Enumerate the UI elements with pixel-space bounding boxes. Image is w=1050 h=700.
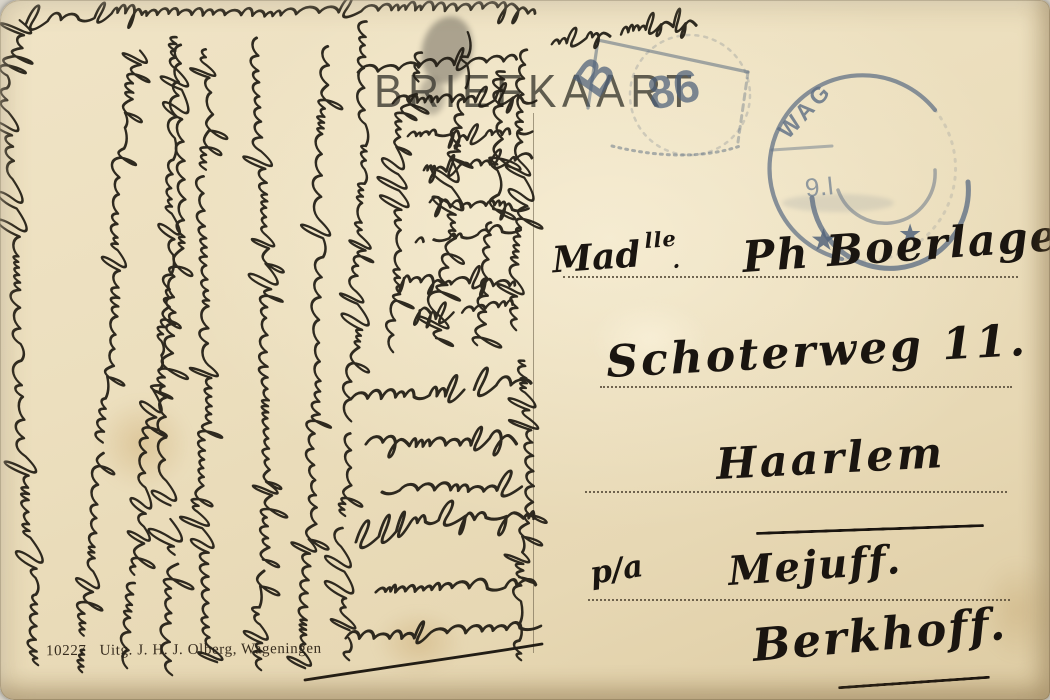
scrawl-stroke — [501, 355, 550, 668]
scrawl-stroke — [232, 31, 291, 678]
postcard: BRIEFKAART 10227 Uitg. J. H. J. Olberg, … — [0, 0, 1050, 700]
scrawl-stroke — [24, 0, 540, 32]
scrawl-stroke — [0, 12, 43, 666]
scrawl-stroke — [362, 424, 521, 464]
scrawl-stroke — [550, 5, 698, 61]
scrawl-stroke — [147, 29, 194, 681]
scrawl-stroke — [496, 43, 548, 337]
scrawl-stroke — [416, 223, 522, 244]
scrawl-stroke — [369, 40, 431, 360]
handwritten-message-scrawl — [0, 0, 698, 685]
scrawl-stroke — [287, 38, 343, 676]
scrawl-stroke — [350, 365, 535, 407]
scrawl-stroke — [344, 618, 543, 646]
scrawl-stroke — [397, 264, 520, 299]
scrawl-stroke — [164, 39, 244, 669]
scrawl-stroke — [322, 14, 382, 663]
message-scrawl-layer — [0, 0, 1050, 700]
scrawl-stroke — [380, 470, 533, 500]
scrawl-stroke — [72, 37, 151, 685]
scrawl-stroke — [417, 21, 480, 350]
scrawl-stroke — [355, 493, 539, 548]
pen-flourish-stroke — [305, 644, 542, 680]
